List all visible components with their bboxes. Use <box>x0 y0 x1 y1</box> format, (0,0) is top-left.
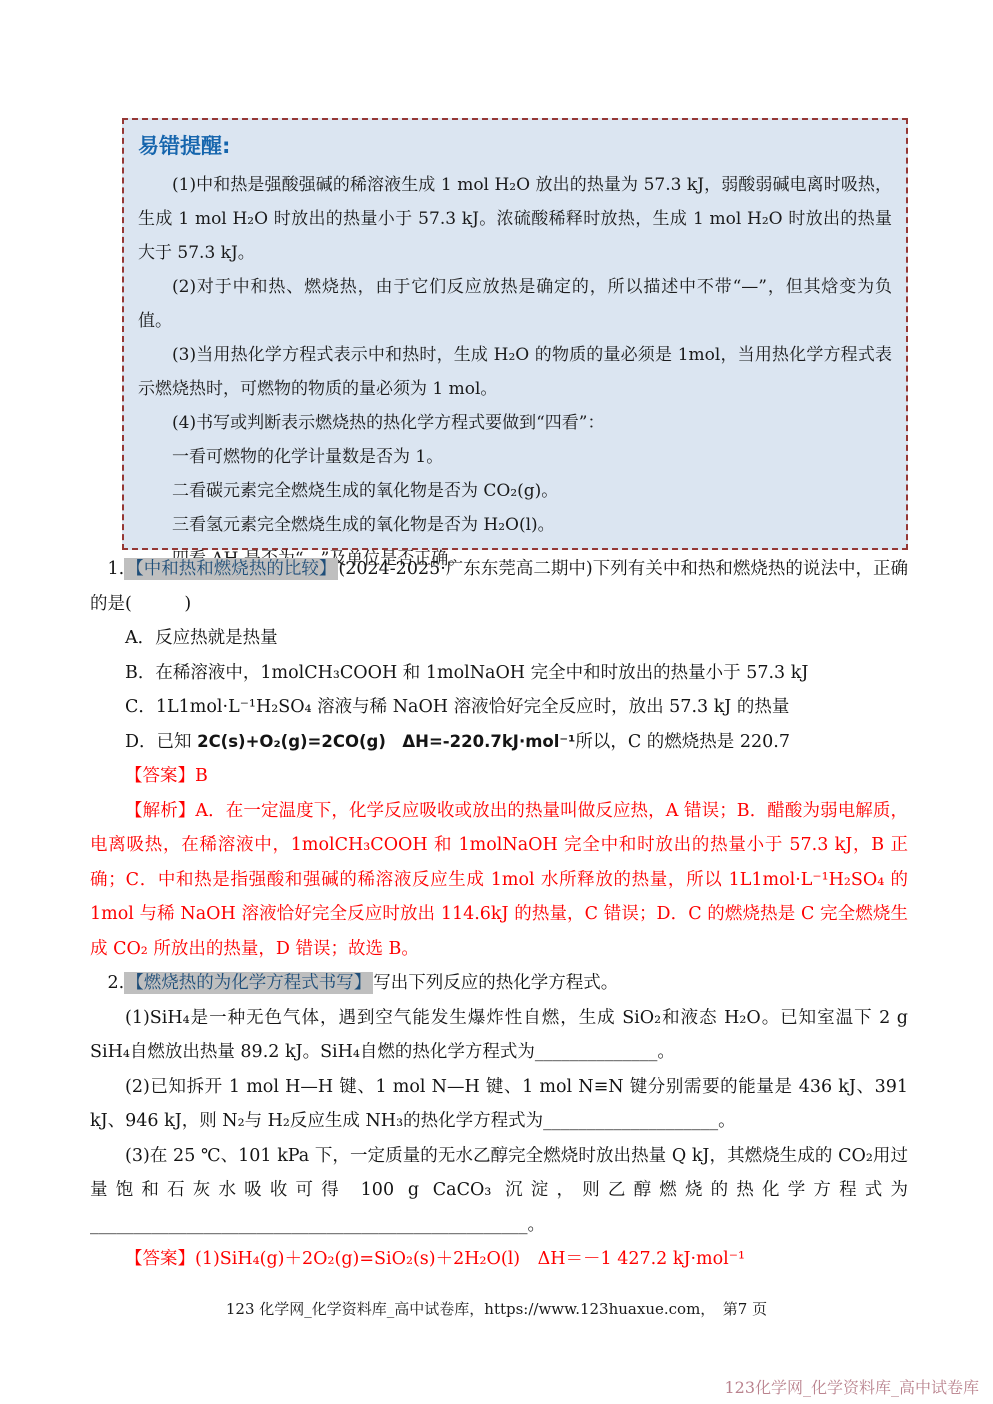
reminder-paragraph-2: (2)对于中和热、燃烧热，由于它们反应放热是确定的，所以描述中不带“—”，但其焓… <box>138 270 892 338</box>
question-1-analysis: 【解析】A．在一定温度下，化学反应吸收或放出的热量叫做反应热，A 错误；B．醋酸… <box>90 794 908 967</box>
answer-equation: (1)SiH₄(g)＋2O₂(g)=SiO₂(s)＋2H₂O(l) ΔH＝－1 … <box>195 1249 745 1269</box>
question-2-answer: 【答案】(1)SiH₄(g)＋2O₂(g)=SiO₂(s)＋2H₂O(l) ΔH… <box>90 1242 908 1277</box>
question-2-part-1: (1)SiH₄是一种无色气体，遇到空气能发生爆炸性自燃，生成 SiO₂和液态 H… <box>90 1001 908 1070</box>
question-1-stem: 1.【中和热和燃烧热的比较】(2024-2025·广东东莞高二期中)下列有关中和… <box>90 552 908 621</box>
answer-label: 【答案】 <box>125 766 195 786</box>
analysis-text: A．在一定温度下，化学反应吸收或放出的热量叫做反应热，A 错误；B．醋酸为弱电解… <box>90 801 908 959</box>
question-1-option-c: C．1L1mol·L⁻¹H₂SO₄ 溶液与稀 NaOH 溶液恰好完全反应时，放出… <box>90 690 908 725</box>
question-2-number: 2. <box>108 973 125 993</box>
reminder-check-3: 三看氢元素完全燃烧生成的氧化物是否为 H₂O(l)。 <box>138 508 892 542</box>
document-body: 1.【中和热和燃烧热的比较】(2024-2025·广东东莞高二期中)下列有关中和… <box>90 552 908 1277</box>
error-reminder-box: 易错提醒: (1)中和热是强酸强碱的稀溶液生成 1 mol H₂O 放出的热量为… <box>122 118 908 550</box>
site-watermark: 123化学网_化学资料库_高中试卷库 <box>724 1375 979 1398</box>
option-d-suffix: 所以，C 的燃烧热是 220.7 <box>575 732 790 752</box>
answer-value: B <box>195 766 208 786</box>
question-1-topic-tag: 【中和热和燃烧热的比较】 <box>124 558 338 580</box>
option-d-prefix: D．已知 <box>125 732 197 752</box>
question-2-part-2: (2)已知拆开 1 mol H—H 键、1 mol N—H 键、1 mol N≡… <box>90 1070 908 1139</box>
question-2-part-3: (3)在 25 ℃、101 kPa 下，一定质量的无水乙醇完全燃烧时放出热量 Q… <box>90 1139 908 1208</box>
question-2-topic-tag: 【燃烧热的为化学方程式书写】 <box>124 972 373 994</box>
reminder-box-title: 易错提醒: <box>138 130 892 160</box>
option-d-equation: 2C(s)+O₂(g)=2CO(g) ΔH=-220.7kJ·mol⁻¹ <box>197 732 575 751</box>
reminder-check-1: 一看可燃物的化学计量数是否为 1。 <box>138 440 892 474</box>
question-1-answer: 【答案】B <box>90 759 908 794</box>
reminder-paragraph-3: (3)当用热化学方程式表示中和热时，生成 H₂O 的物质的量必须是 1mol，当… <box>138 338 892 406</box>
page-footer: 123 化学网_化学资料库_高中试卷库，https://www.123huaxu… <box>0 1298 993 1319</box>
reminder-paragraph-4: (4)书写或判断表示燃烧热的热化学方程式要做到“四看”： <box>138 406 892 440</box>
question-2-stem-text: 写出下列反应的热化学方程式。 <box>373 973 618 993</box>
question-1-number: 1. <box>108 559 125 579</box>
question-1-option-d: D．已知 2C(s)+O₂(g)=2CO(g) ΔH=-220.7kJ·mol⁻… <box>90 725 908 760</box>
question-2-stem: 2.【燃烧热的为化学方程式书写】写出下列反应的热化学方程式。 <box>90 966 908 1001</box>
question-2-blank-line: ________________________________________… <box>90 1208 908 1243</box>
reminder-paragraph-1: (1)中和热是强酸强碱的稀溶液生成 1 mol H₂O 放出的热量为 57.3 … <box>138 168 892 270</box>
question-1-option-b: B．在稀溶液中，1molCH₃COOH 和 1molNaOH 完全中和时放出的热… <box>90 656 908 691</box>
analysis-label: 【解析】 <box>125 801 195 821</box>
reminder-check-2: 二看碳元素完全燃烧生成的氧化物是否为 CO₂(g)。 <box>138 474 892 508</box>
question-1-option-a: A．反应热就是热量 <box>90 621 908 656</box>
answer-label: 【答案】 <box>125 1249 195 1269</box>
